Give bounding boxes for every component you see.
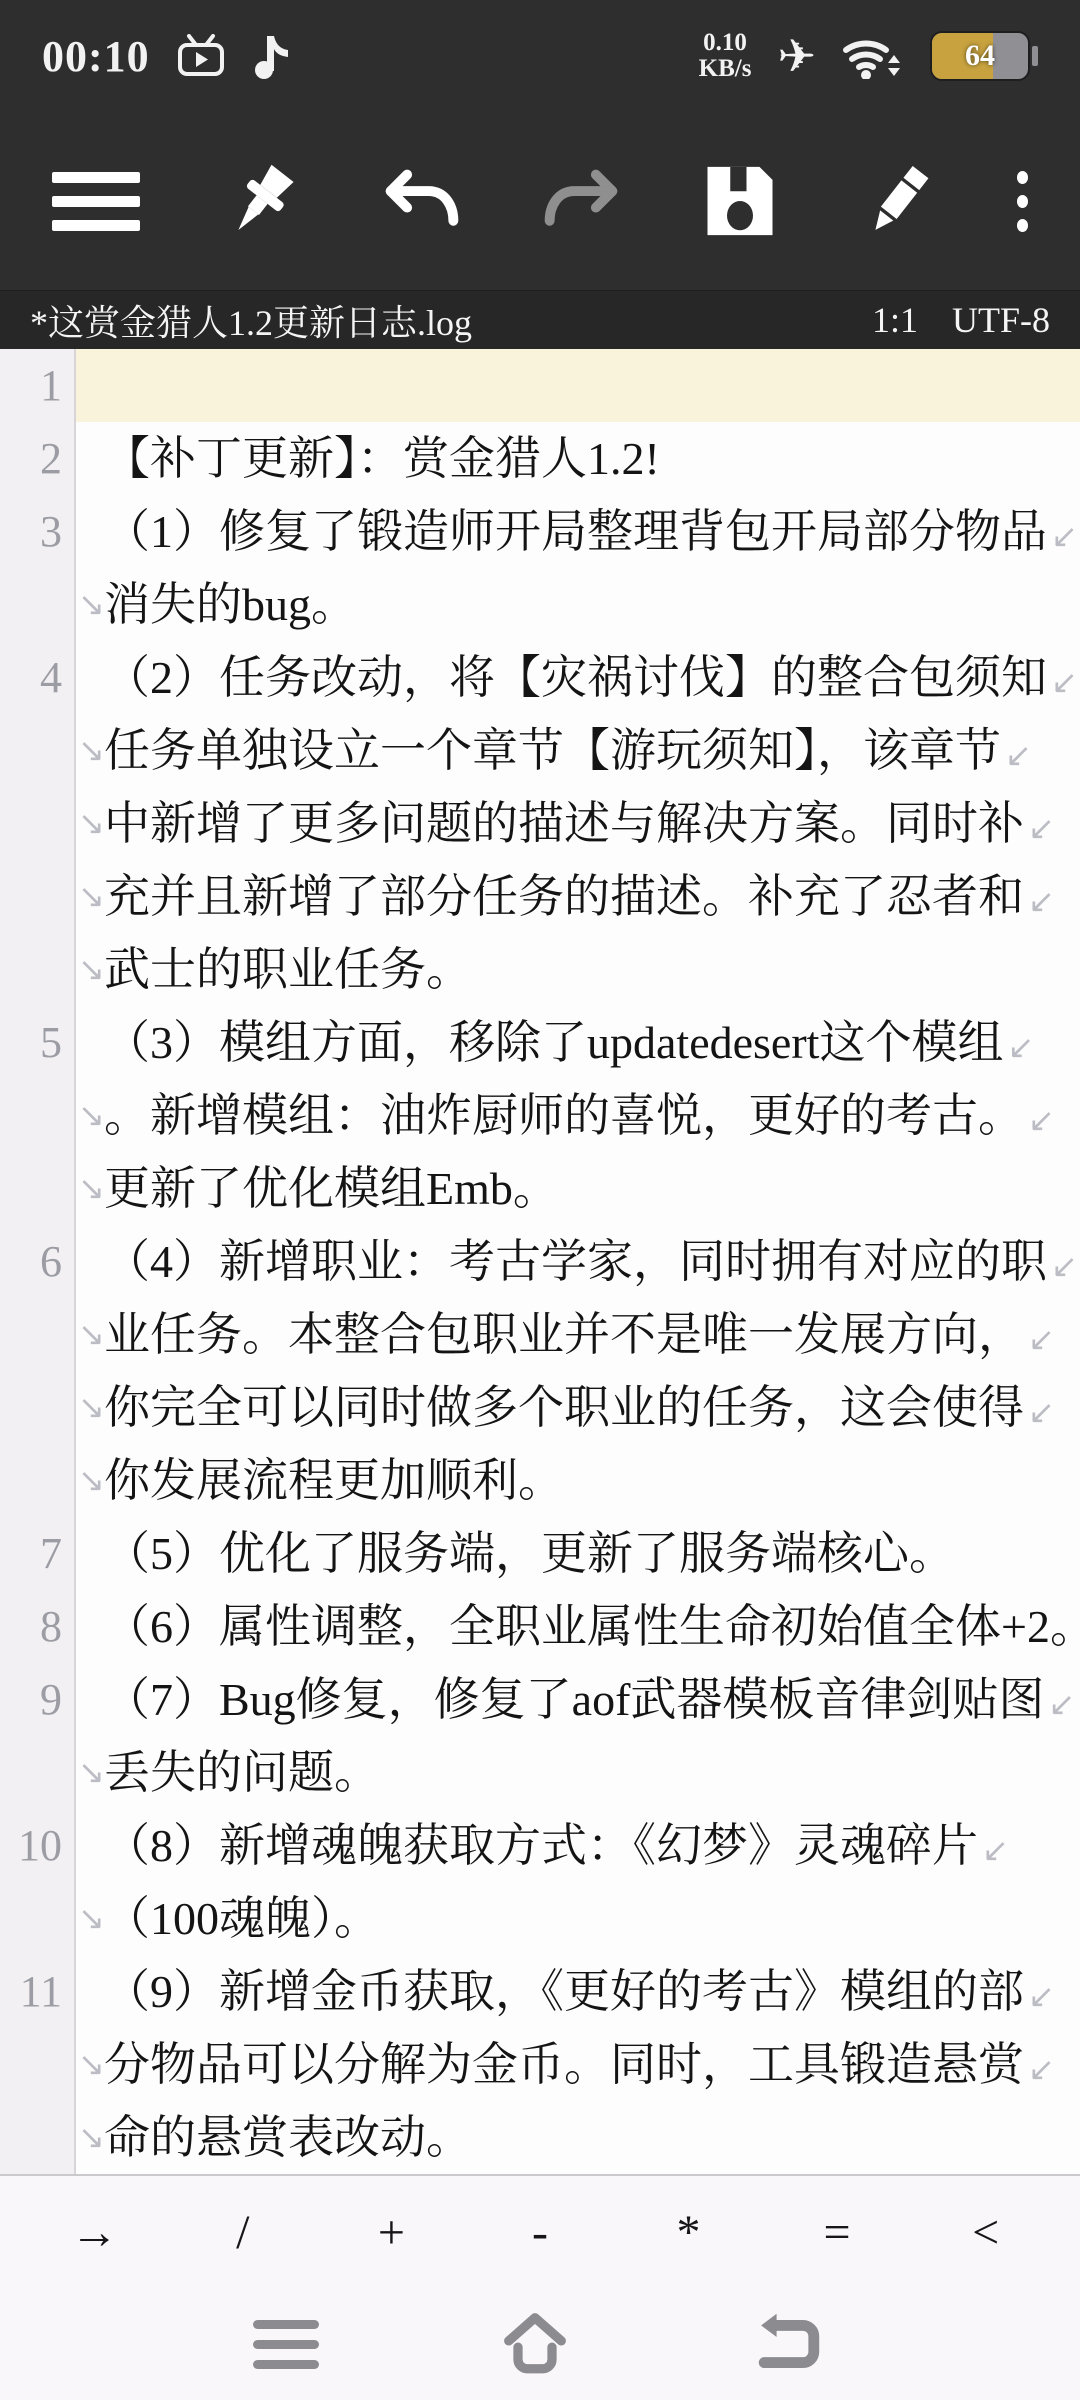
- network-speed-unit: KB/s: [699, 56, 752, 82]
- wrap-end-icon: ↙: [1051, 1247, 1078, 1285]
- redo-button[interactable]: [541, 168, 621, 234]
- symbol-key-equals[interactable]: =: [792, 2204, 882, 2261]
- editor-row: ↘充并且新增了部分任务的描述。补充了忍者和↙: [76, 860, 1080, 933]
- wrap-start-icon: ↘: [78, 568, 105, 641]
- wrap-end-icon: ↙: [1028, 1977, 1055, 2015]
- symbol-key-asterisk[interactable]: *: [644, 2204, 734, 2261]
- network-speed-value: 0.10: [703, 30, 747, 56]
- recents-icon: [253, 2320, 319, 2369]
- line-number: 9: [0, 1663, 74, 1736]
- airplane-mode-icon: ✈: [777, 29, 816, 83]
- clock: 00:10: [42, 31, 150, 82]
- line-number-spacer: [0, 2028, 74, 2101]
- status-bar: 00:10 0.10 KB/s ✈: [0, 0, 1080, 112]
- editor-row-text: 。新增模组：油炸厨师的喜悦，更好的考古。: [104, 1090, 1024, 1141]
- save-button[interactable]: [701, 160, 779, 242]
- symbol-key-minus[interactable]: -: [495, 2204, 585, 2261]
- wrap-start-icon: ↘: [78, 1736, 105, 1809]
- line-number: 7: [0, 1517, 74, 1590]
- symbol-key-slash[interactable]: /: [198, 2204, 288, 2261]
- editor-row-text: 中新增了更多问题的描述与解决方案。同时补: [104, 798, 1024, 849]
- wrap-start-icon: ↘: [78, 714, 105, 787]
- editor-row-text: 业任务。本整合包职业并不是唯一发展方向，: [104, 1309, 1024, 1360]
- editor-row: ↘任务单独设立一个章节【游玩须知】，该章节↙: [76, 714, 1080, 787]
- navigation-bar: [0, 2288, 1080, 2400]
- editor-row: （6）属性调整，全职业属性生命初始值全体+2。: [76, 1590, 1080, 1663]
- line-number: 8: [0, 1590, 74, 1663]
- editor-row: ↘业任务。本整合包职业并不是唯一发展方向，↙: [76, 1298, 1080, 1371]
- save-icon: [701, 160, 779, 242]
- battery-indicator: 64: [930, 31, 1038, 81]
- network-speed: 0.10 KB/s: [699, 30, 752, 82]
- battery-percent: 64: [932, 33, 1028, 79]
- editor-row: （9）新增金币获取，《更好的考古》模组的部↙: [76, 1955, 1080, 2028]
- editor-row: （5）优化了服务端，更新了服务端核心。: [76, 1517, 1080, 1590]
- editor-row: （8）新增魂魄获取方式：《幻梦》灵魂碎片↙: [76, 1809, 1080, 1882]
- encoding-label: UTF-8: [952, 299, 1050, 341]
- wrap-end-icon: ↙: [1048, 1685, 1075, 1723]
- cursor-position: 1:1: [872, 299, 918, 341]
- pin-button[interactable]: [219, 159, 303, 243]
- home-button[interactable]: [497, 2310, 573, 2378]
- editor-row: ↘更新了优化模组Emb。: [76, 1152, 1080, 1225]
- editor-row-text: （7）Bug修复，修复了aof武器模板音律剑贴图: [104, 1674, 1044, 1725]
- editor-row-text: 消失的bug。: [104, 579, 357, 630]
- editor-row: ↘你完全可以同时做多个职业的任务，这会使得↙: [76, 1371, 1080, 1444]
- line-number-spacer: [0, 1079, 74, 1152]
- undo-icon: [382, 168, 462, 234]
- line-number-spacer: [0, 1882, 74, 1955]
- wrap-end-icon: ↙: [1051, 517, 1078, 555]
- editor-row-text: 【补丁更新】：赏金猎人1.2!: [104, 433, 660, 484]
- back-icon: [751, 2313, 827, 2375]
- wrap-start-icon: ↘: [78, 860, 105, 933]
- wrap-end-icon: ↙: [1051, 663, 1078, 701]
- line-number-spacer: [0, 860, 74, 933]
- wrap-end-icon: ↙: [1028, 882, 1055, 920]
- editor-row: 【补丁更新】：赏金猎人1.2!: [76, 422, 1080, 495]
- wrap-start-icon: ↘: [78, 787, 105, 860]
- editor-row: ↘中新增了更多问题的描述与解决方案。同时补↙: [76, 787, 1080, 860]
- editor-row: [76, 349, 1080, 422]
- editor-row: ↘。新增模组：油炸厨师的喜悦，更好的考古。↙: [76, 1079, 1080, 1152]
- bilibili-icon: [176, 34, 226, 78]
- editor-row-text: 你发展流程更加顺利。: [104, 1455, 564, 1506]
- symbol-key-plus[interactable]: +: [346, 2204, 436, 2261]
- wrap-end-icon: ↙: [982, 1831, 1009, 1869]
- screen: 00:10 0.10 KB/s ✈: [0, 0, 1080, 2400]
- line-number: 11: [0, 1955, 74, 2028]
- wrap-end-icon: ↙: [1028, 809, 1055, 847]
- menu-icon: [52, 172, 140, 231]
- filename: *这赏金猎人1.2更新日志.log: [30, 295, 472, 346]
- edit-icon: [858, 159, 938, 243]
- editor-row-text: （5）优化了服务端，更新了服务端核心。: [104, 1528, 955, 1579]
- wrap-start-icon: ↘: [78, 2028, 105, 2101]
- editor-row-text: 丢失的问题。: [104, 1747, 380, 1798]
- line-number: 10: [0, 1809, 74, 1882]
- line-number-spacer: [0, 1298, 74, 1371]
- home-icon: [497, 2310, 573, 2378]
- tiktok-icon: [252, 32, 290, 80]
- editor-row-text: 更新了优化模组Emb。: [104, 1163, 559, 1214]
- editor-row-text: （3）模组方面，移除了updatedesert这个模组: [104, 1017, 1003, 1068]
- editor-row: ↘分物品可以分解为金币。同时，工具锻造悬赏↙: [76, 2028, 1080, 2101]
- line-number-spacer: [0, 568, 74, 641]
- wrap-end-icon: ↙: [1007, 1028, 1034, 1066]
- symbol-bar: →/+-*=<: [0, 2174, 1080, 2288]
- symbol-key-less-than[interactable]: <: [941, 2204, 1031, 2261]
- wrap-end-icon: ↙: [1028, 1320, 1055, 1358]
- editor-row: ↘武士的职业任务。: [76, 933, 1080, 1006]
- more-button[interactable]: [1017, 171, 1028, 232]
- wrap-start-icon: ↘: [78, 1079, 105, 1152]
- editor-row-text: （9）新增金币获取，《更好的考古》模组的部: [104, 1966, 1024, 2017]
- wrap-start-icon: ↘: [78, 1298, 105, 1371]
- wrap-end-icon: ↙: [1028, 1101, 1055, 1139]
- editor-row: （2）任务改动，将【灾祸讨伐】的整合包须知↙: [76, 641, 1080, 714]
- line-number-spacer: [0, 1444, 74, 1517]
- editor-row-text: （6）属性调整，全职业属性生命初始值全体+2。: [104, 1601, 1080, 1652]
- file-bar: *这赏金猎人1.2更新日志.log 1:1 UTF-8: [0, 290, 1080, 349]
- line-number: 4: [0, 641, 74, 714]
- undo-button[interactable]: [382, 168, 462, 234]
- editor-row: ↘消失的bug。: [76, 568, 1080, 641]
- editor-gutter: 1234567891011: [0, 349, 76, 2174]
- wrap-end-icon: ↙: [1028, 1393, 1055, 1431]
- line-number-spacer: [0, 933, 74, 1006]
- wrap-start-icon: ↘: [78, 1444, 105, 1517]
- editor-toolbar: [0, 112, 1080, 290]
- more-icon: [1017, 171, 1028, 232]
- line-number: 6: [0, 1225, 74, 1298]
- line-number-spacer: [0, 2101, 74, 2174]
- editor-row: ↘丢失的问题。: [76, 1736, 1080, 1809]
- editor: 1234567891011 【补丁更新】：赏金猎人1.2!（1）修复了锻造师开局…: [0, 349, 1080, 2174]
- editor-row-text: （4）新增职业：考古学家，同时拥有对应的职: [104, 1236, 1047, 1287]
- symbol-key-arrow-right[interactable]: →: [49, 2204, 139, 2261]
- editor-row: （7）Bug修复，修复了aof武器模板音律剑贴图↙: [76, 1663, 1080, 1736]
- wrap-start-icon: ↘: [78, 1882, 105, 1955]
- line-number: 1: [0, 349, 74, 422]
- editor-row-text: （2）任务改动，将【灾祸讨伐】的整合包须知: [104, 652, 1047, 703]
- editor-row: （3）模组方面，移除了updatedesert这个模组↙: [76, 1006, 1080, 1079]
- editor-text-area[interactable]: 【补丁更新】：赏金猎人1.2!（1）修复了锻造师开局整理背包开局部分物品↙↘消失…: [76, 349, 1080, 2174]
- recents-button[interactable]: [253, 2320, 319, 2369]
- editor-row: ↘你发展流程更加顺利。: [76, 1444, 1080, 1517]
- editor-row-text: 你完全可以同时做多个职业的任务，这会使得: [104, 1382, 1024, 1433]
- wrap-start-icon: ↘: [78, 1152, 105, 1225]
- line-number-spacer: [0, 714, 74, 787]
- wifi-icon: [842, 33, 904, 79]
- editor-row: ↘（100魂魄）。: [76, 1882, 1080, 1955]
- line-number-spacer: [0, 787, 74, 860]
- redo-icon: [541, 168, 621, 234]
- back-button[interactable]: [751, 2313, 827, 2375]
- edit-button[interactable]: [858, 159, 938, 243]
- wrap-end-icon: ↙: [1005, 736, 1032, 774]
- editor-row-text: 任务单独设立一个章节【游玩须知】，该章节: [104, 725, 1001, 776]
- editor-row-text: 命的悬赏表改动。: [104, 2112, 472, 2163]
- editor-row: （1）修复了锻造师开局整理背包开局部分物品↙: [76, 495, 1080, 568]
- line-number: 5: [0, 1006, 74, 1079]
- line-number: 3: [0, 495, 74, 568]
- editor-row: ↘命的悬赏表改动。: [76, 2101, 1080, 2174]
- battery-nub: [1032, 46, 1038, 66]
- pin-icon: [219, 159, 303, 243]
- editor-row-text: 分物品可以分解为金币。同时，工具锻造悬赏: [104, 2039, 1024, 2090]
- wrap-start-icon: ↘: [78, 1371, 105, 1444]
- line-number-spacer: [0, 1736, 74, 1809]
- editor-row-text: （8）新增魂魄获取方式：《幻梦》灵魂碎片: [104, 1820, 978, 1871]
- line-number: 2: [0, 422, 74, 495]
- editor-row-text: （1）修复了锻造师开局整理背包开局部分物品: [104, 506, 1047, 557]
- wrap-start-icon: ↘: [78, 2101, 105, 2174]
- wrap-start-icon: ↘: [78, 933, 105, 1006]
- line-number-spacer: [0, 1371, 74, 1444]
- editor-row-text: 充并且新增了部分任务的描述。补充了忍者和: [104, 871, 1024, 922]
- editor-row-text: 武士的职业任务。: [104, 944, 472, 995]
- editor-row-text: （100魂魄）。: [104, 1893, 380, 1944]
- editor-row: （4）新增职业：考古学家，同时拥有对应的职↙: [76, 1225, 1080, 1298]
- wrap-end-icon: ↙: [1028, 2050, 1055, 2088]
- menu-button[interactable]: [52, 172, 140, 231]
- line-number-spacer: [0, 1152, 74, 1225]
